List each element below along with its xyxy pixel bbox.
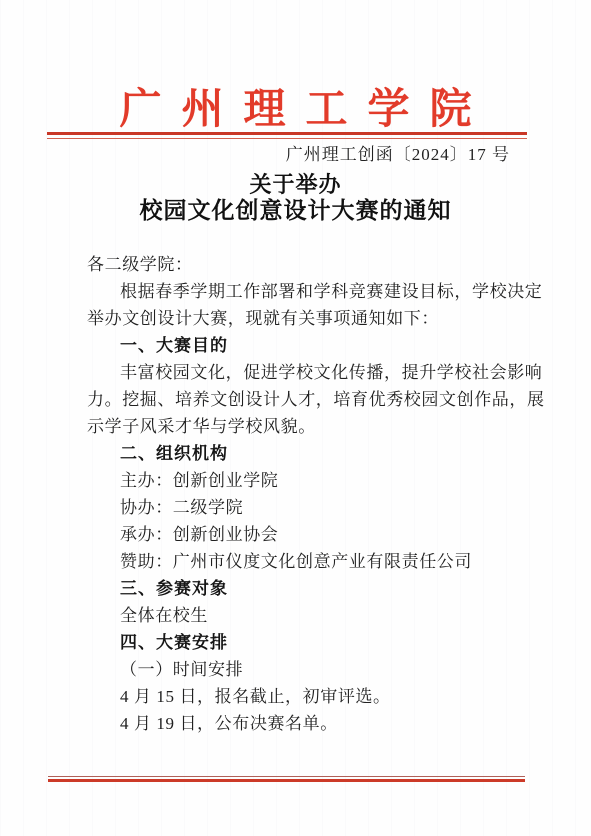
red-header-separator-thin	[47, 138, 527, 139]
section-heading-1: 一、大赛目的	[87, 332, 525, 359]
body-line: 丰富校园文化，促进学校文化传播，提升学校社会影响	[87, 359, 525, 386]
sub-heading-time: （一）时间安排	[87, 656, 525, 683]
salutation-line: 各二级学院：	[87, 251, 525, 278]
scanned-notice-document: 广州理工学院 广州理工创函〔2024〕17 号 关于举办 校园文化创意设计大赛的…	[0, 0, 591, 836]
body-line: 举办文创设计大赛，现就有关事项通知如下：	[87, 305, 525, 332]
red-footer-separator-thin	[48, 776, 525, 777]
schedule-line: 4 月 19 日，公布决赛名单。	[87, 710, 525, 737]
sponsor-line: 赞助：广州市仪度文化创意产业有限责任公司	[87, 548, 525, 575]
notice-body: 各二级学院： 根据春季学期工作部署和学科竞赛建设目标，学校决定 举办文创设计大赛…	[87, 251, 525, 737]
section-heading-3: 三、参赛对象	[87, 575, 525, 602]
university-letterhead-title: 广州理工学院	[0, 76, 591, 136]
section-heading-2: 二、组织机构	[87, 440, 525, 467]
red-header-separator-thick	[47, 132, 527, 135]
body-line: 全体在校生	[87, 602, 525, 629]
co-organizer-line: 协办：二级学院	[87, 494, 525, 521]
document-reference-number: 广州理工创函〔2024〕17 号	[0, 140, 510, 165]
organizer-line: 主办：创新创业学院	[87, 467, 525, 494]
body-line: 根据春季学期工作部署和学科竞赛建设目标，学校决定	[87, 278, 525, 305]
undertaker-line: 承办：创新创业协会	[87, 521, 525, 548]
notice-title-line-2: 校园文化创意设计大赛的通知	[0, 192, 591, 225]
red-footer-separator-thick	[48, 779, 525, 782]
schedule-line: 4 月 15 日，报名截止，初审评选。	[87, 683, 525, 710]
body-line: 示学子风采才华与学校风貌。	[87, 413, 525, 440]
body-line: 力。挖掘、培养文创设计人才，培育优秀校园文创作品，展	[87, 386, 525, 413]
section-heading-4: 四、大赛安排	[87, 629, 525, 656]
